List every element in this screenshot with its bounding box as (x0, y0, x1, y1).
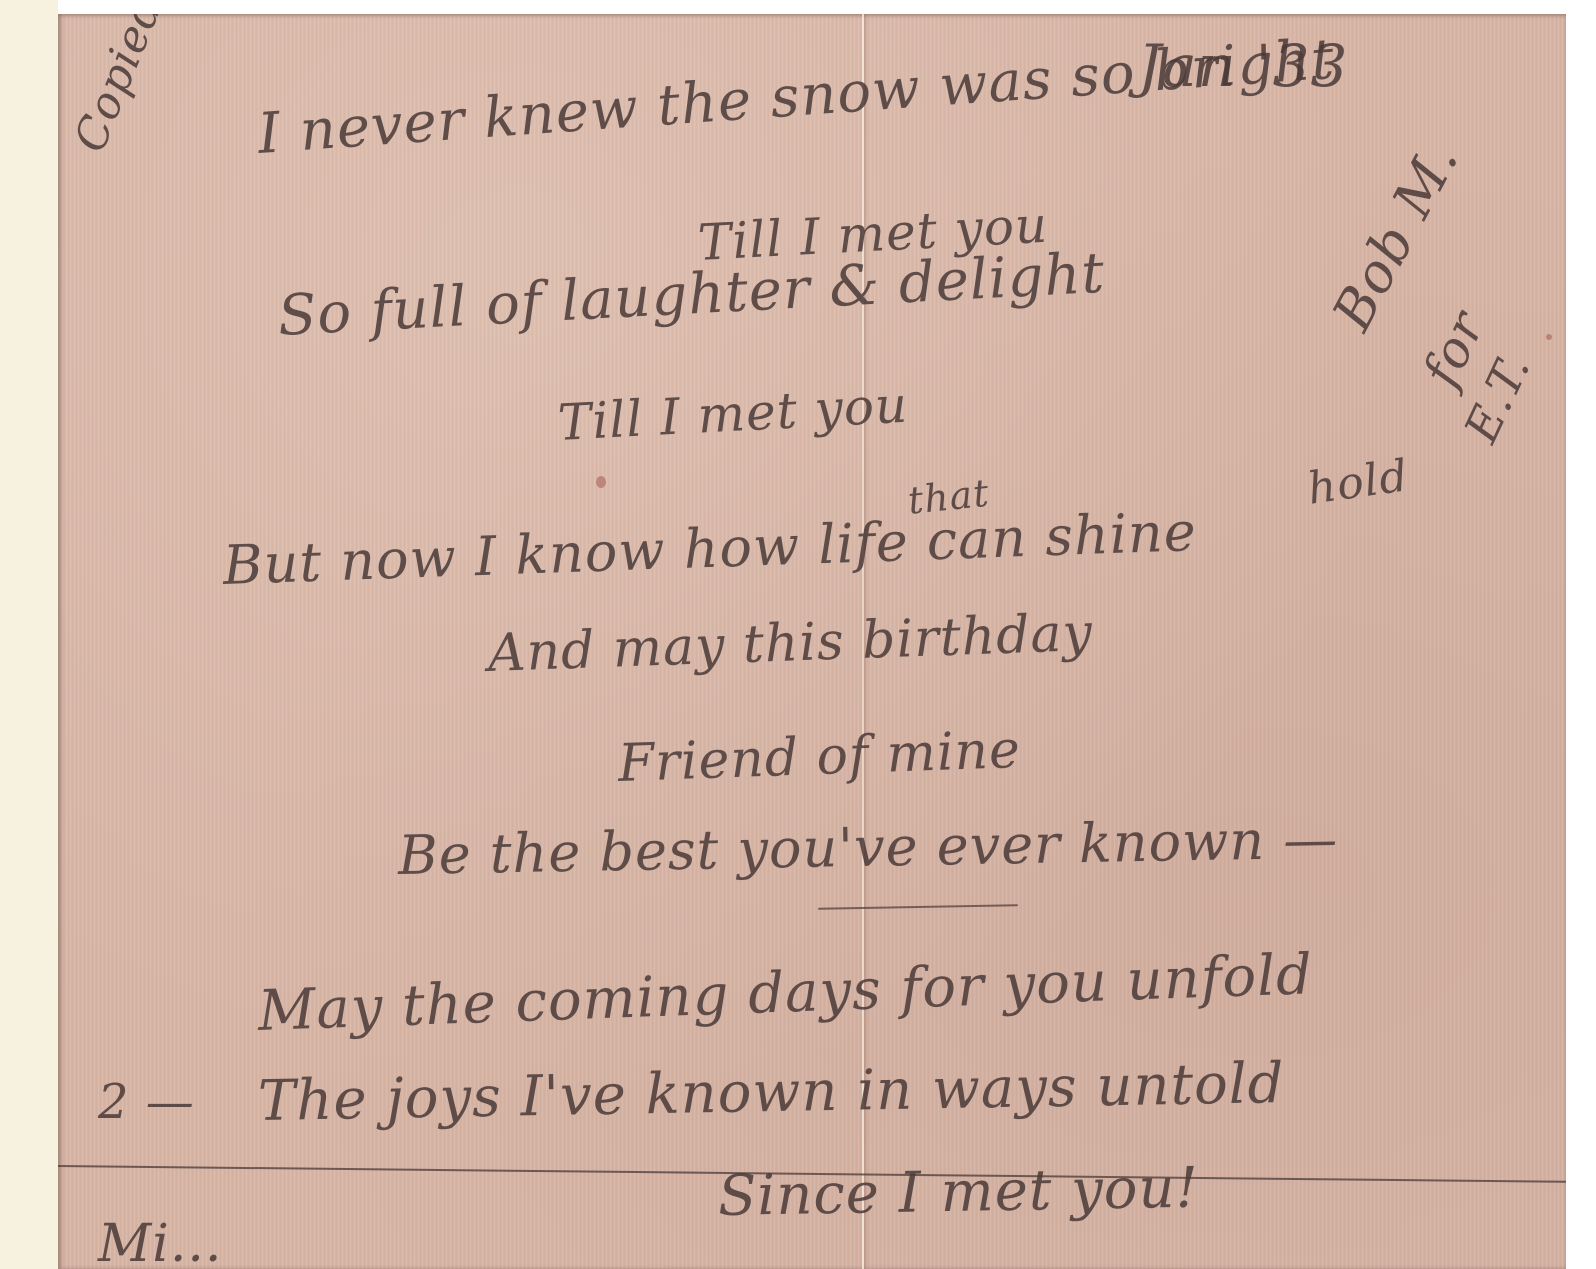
poem-line-5: But now I know how life can shine (222, 500, 1198, 597)
partial-bottom-line: Mi... (98, 1214, 222, 1269)
poem-line-7: Friend of mine (617, 720, 1022, 794)
top-border (58, 0, 1596, 14)
you-underline (818, 904, 1018, 909)
poem-line-11: Since I met you! (717, 1156, 1199, 1229)
copied-annotation: Copied (64, 14, 172, 159)
poem-line-3: So full of laughter & delight (276, 241, 1106, 349)
poem-line-6: And may this birthday (487, 603, 1094, 684)
margin-mark-2: 2 — (98, 1074, 195, 1130)
poem-line-10: The joys I've known in ways untold (257, 1051, 1285, 1134)
right-border (1566, 0, 1596, 1269)
poem-line-4: Till I met you (556, 376, 909, 452)
insertion-hold: hold (1304, 450, 1411, 515)
poem-line-9: May the coming days for you unfold (257, 942, 1314, 1044)
ink-stain (596, 476, 606, 488)
left-margin (0, 0, 58, 1269)
poem-line-8: Be the best you've ever known — (397, 808, 1338, 887)
poem-line-1: I never knew the snow was so bright (256, 27, 1337, 167)
letter-paper: Copied Jan '33 I never knew the snow was… (58, 14, 1566, 1269)
ink-stain (1546, 334, 1552, 340)
